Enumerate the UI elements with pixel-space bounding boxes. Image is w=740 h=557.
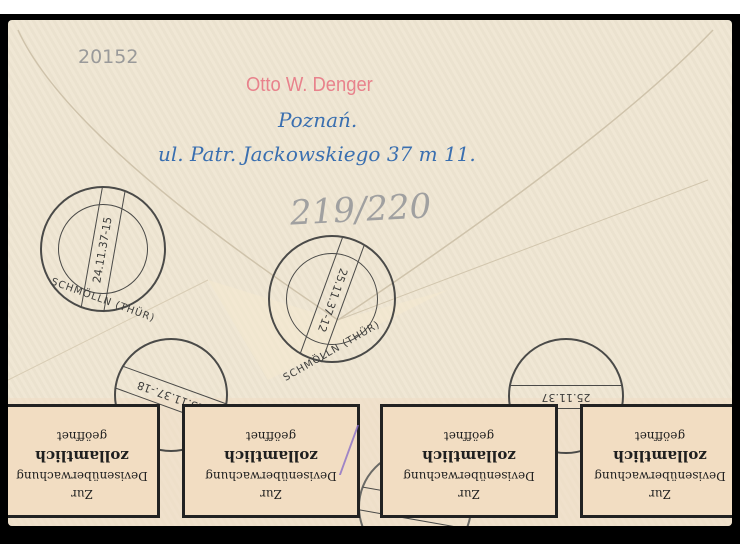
- label-line-3: zollamtlich: [383, 447, 555, 465]
- sender-name-stamp: Otto W. Denger: [246, 74, 373, 97]
- postmark-schmolln-2: 25.11.37-12 SCHMÖLLN (THÜR): [268, 235, 396, 363]
- pencil-reference-number: 219/220: [289, 186, 432, 233]
- sender-street-handwritten: ul. Patr. Jackowskiego 37 m 11.: [158, 142, 476, 166]
- label-line-2: Devisenüberwachung: [383, 469, 555, 483]
- label-line-2: Devisenüberwachung: [8, 469, 157, 483]
- label-line-1: Zur: [185, 487, 357, 501]
- label-line-1: Zur: [583, 487, 732, 501]
- label-line-2: Devisenüberwachung: [583, 469, 732, 483]
- customs-label-3: Zur Devisenüberwachung zollamtlich geöff…: [380, 404, 558, 518]
- label-line-3: zollamtlich: [8, 447, 157, 465]
- label-line-4: geöffnet: [583, 429, 732, 443]
- customs-label-4: Zur Devisenüberwachung zollamtlich geöff…: [580, 404, 732, 518]
- label-line-4: geöffnet: [8, 429, 157, 443]
- postmark-schmolln-1: 24.11.37-15 SCHMÖLLN (THÜR): [40, 186, 166, 312]
- customs-label-1: Zur Devisenüberwachung zollamtlich geöff…: [8, 404, 160, 518]
- label-line-1: Zur: [8, 487, 157, 501]
- sender-city-handwritten: Poznań.: [278, 108, 357, 132]
- pencil-annotation-number: 20152: [78, 46, 138, 68]
- envelope-back: 20152 Otto W. Denger Poznań. ul. Patr. J…: [8, 20, 732, 526]
- label-line-1: Zur: [383, 487, 555, 501]
- label-line-4: geöffnet: [383, 429, 555, 443]
- label-line-3: zollamtlich: [583, 447, 732, 465]
